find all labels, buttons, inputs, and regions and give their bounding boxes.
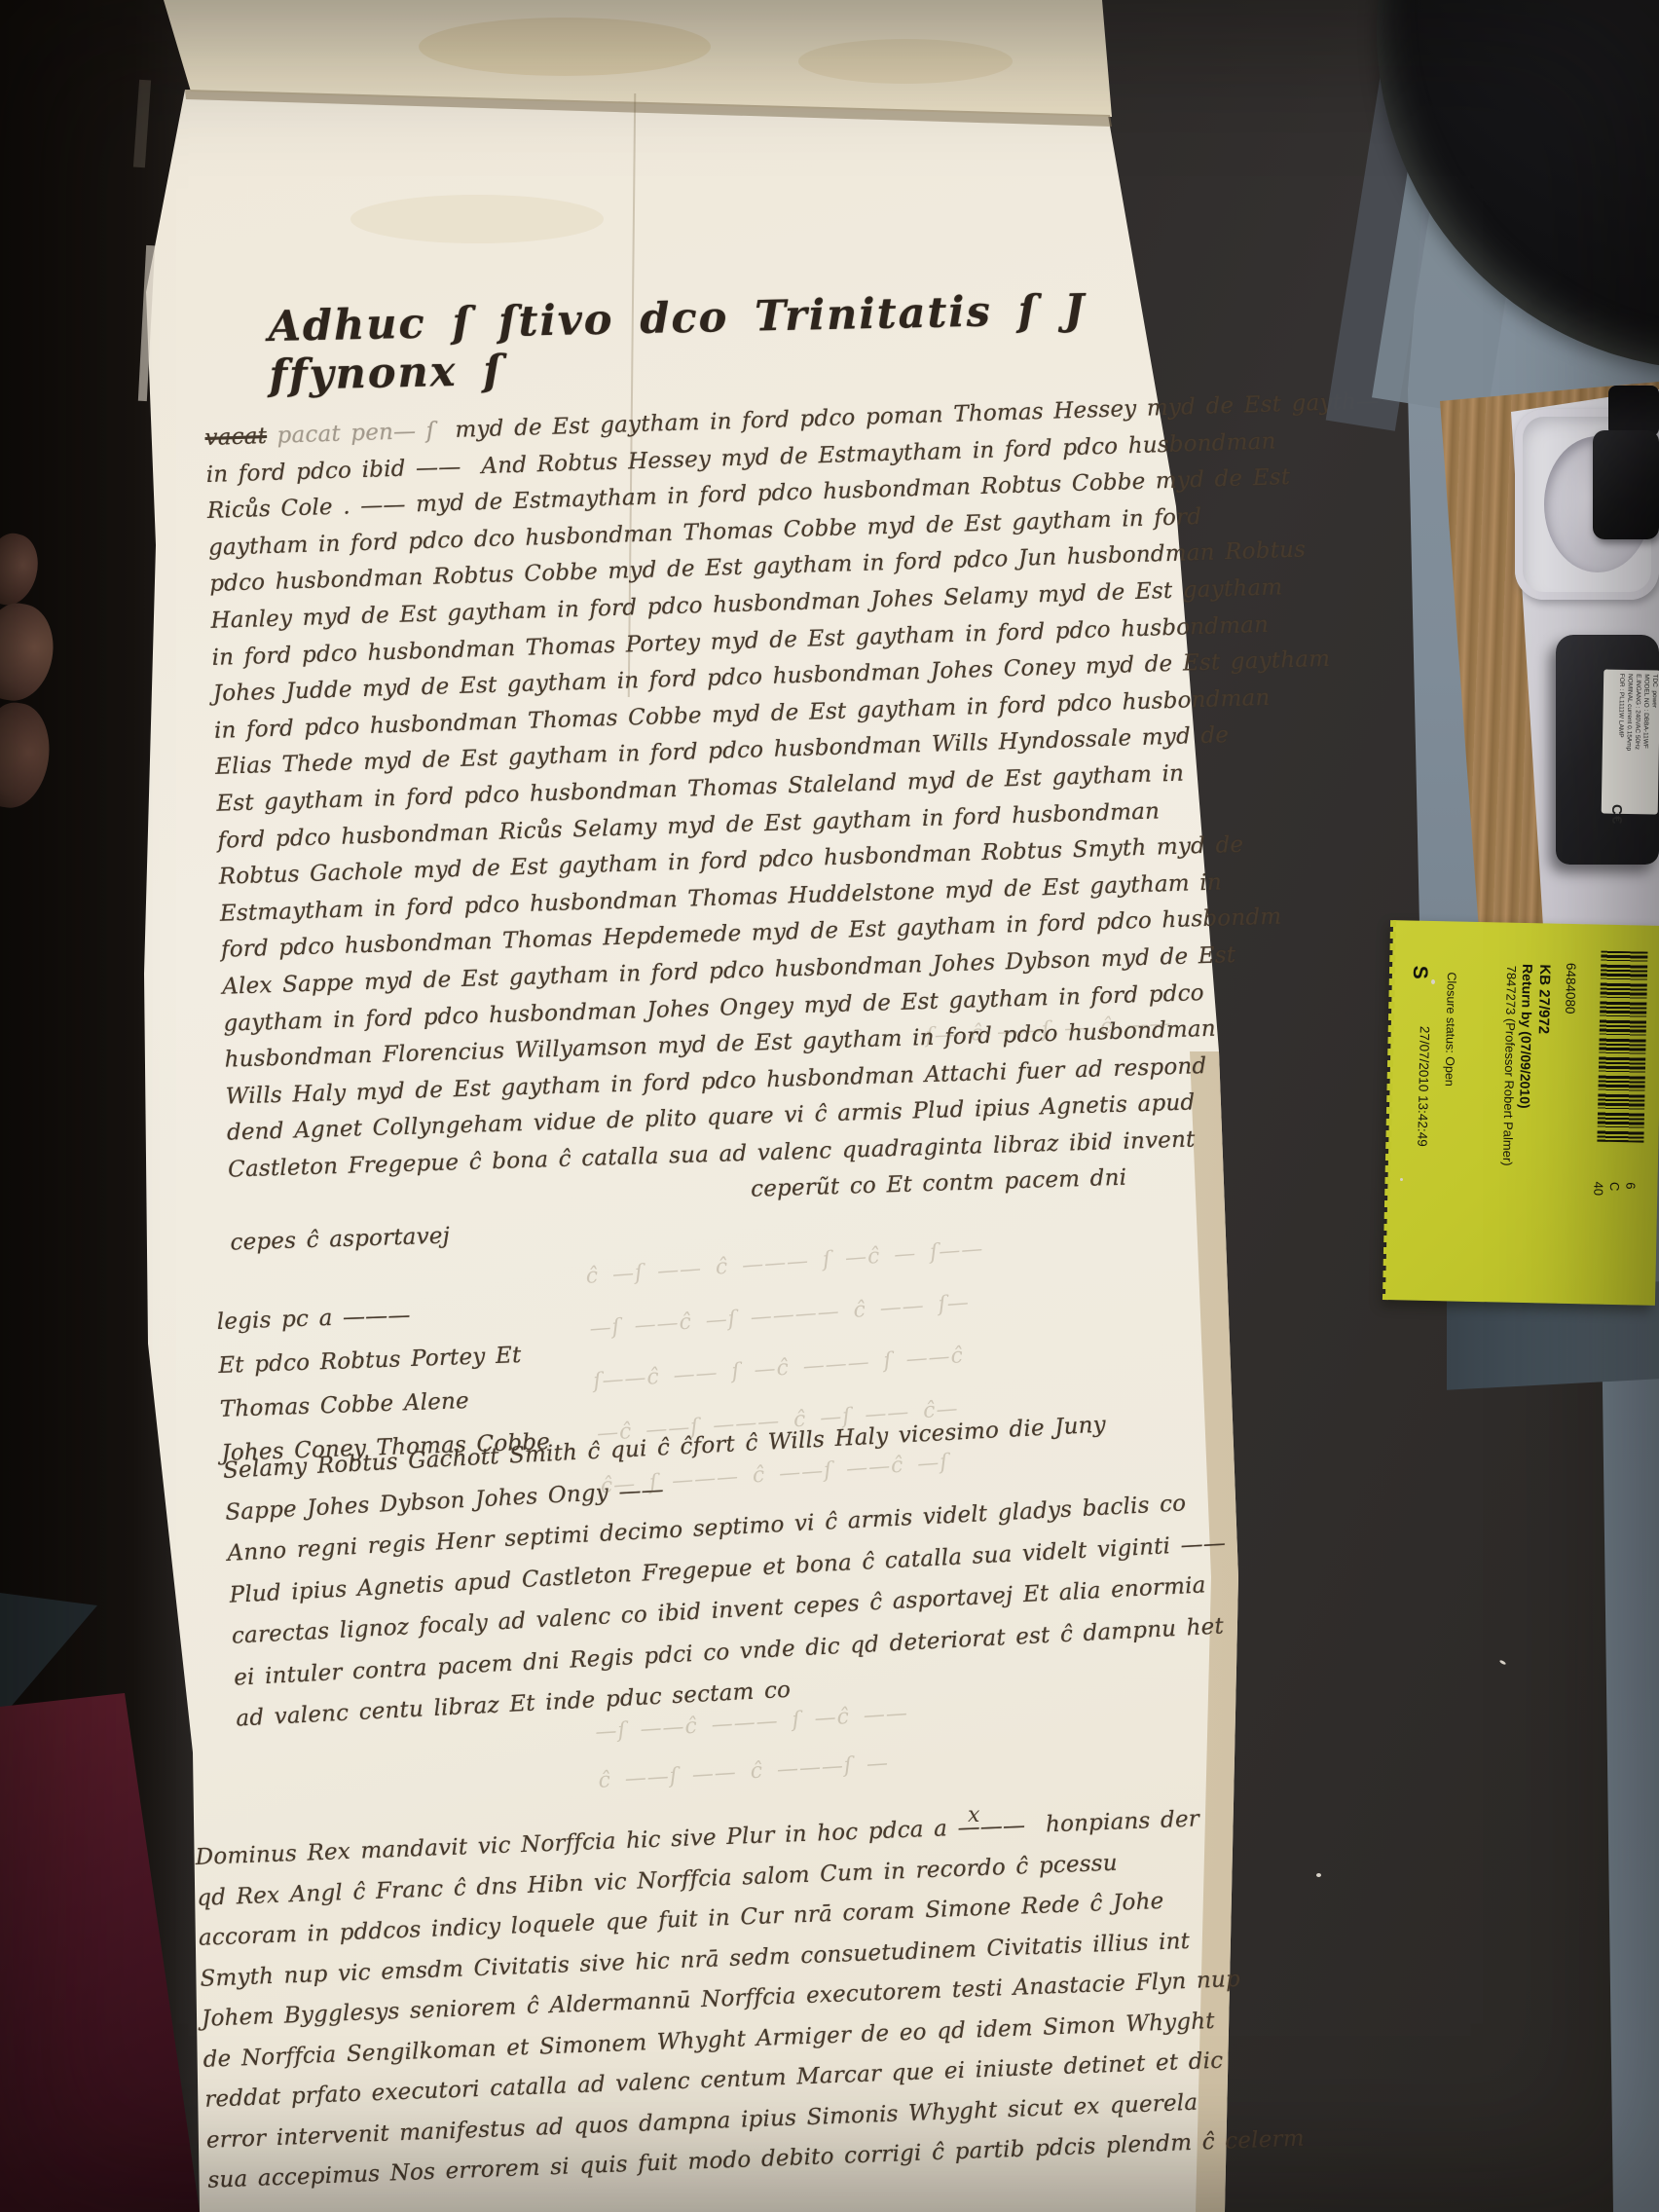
faded-words: pacat pen— ſ: [267, 418, 456, 449]
seat-line: 6: [1622, 1182, 1639, 1197]
ticket-reference: KB 27/972: [1535, 964, 1553, 1034]
barcode: [1597, 951, 1647, 1143]
seat-line: 40: [1590, 1181, 1606, 1196]
archive-ticket: 6484080 KB 27/972 Return by (07/09/2010)…: [1385, 920, 1659, 1306]
struck-word: vacat: [204, 424, 267, 451]
ticket-barcode-number: 6484080: [1563, 963, 1578, 1014]
ticket-datetime: 27/07/2010 13:42:49: [1415, 1026, 1432, 1147]
ticket-seat-number: 6C40: [1587, 1181, 1638, 1197]
archive-photo: Adhuc ſ ſtivo dco Trinitatis ſ J ffynonx…: [0, 0, 1659, 2212]
dust-speck: [1431, 979, 1435, 984]
plug-cable: [1608, 386, 1659, 436]
ticket-requester: 7847273 (Professor Robert Palmer): [1500, 966, 1519, 1166]
parchment-stain: [419, 18, 711, 76]
manuscript-block-4: Dominus Rex mandavit vic Norffcia hic si…: [195, 1797, 1270, 2201]
ticket-return-by: Return by (07/09/2010): [1517, 964, 1535, 1109]
ticket-closure-status: Closure status: Open: [1443, 972, 1458, 1087]
black-plug: [1593, 430, 1659, 539]
manuscript-heading: Adhuc ſ ſtivo dco Trinitatis ſ J ffynonx…: [268, 285, 1107, 400]
parchment-stain: [350, 195, 604, 243]
parchment-stain: [798, 39, 1013, 84]
dust-speck: [1400, 1178, 1403, 1181]
adapter-label: TDC powerMODEL NO : DBBA-11WFE.INGANG : …: [1602, 670, 1659, 815]
manuscript-block-1: vacat pacat pen— ſ myd de Est gaytham in…: [204, 390, 1204, 1263]
ghost-text-2: ĉ —ſ —— ĉ ——— ſ —ĉ — ſ———ſ ——ĉ —ſ ———— ĉ…: [584, 1203, 1282, 1513]
seat-line: C: [1605, 1182, 1622, 1197]
ce-mark: C€: [1608, 804, 1625, 825]
dust-speck: [1316, 1873, 1321, 1877]
ticket-letter: S: [1408, 965, 1431, 979]
